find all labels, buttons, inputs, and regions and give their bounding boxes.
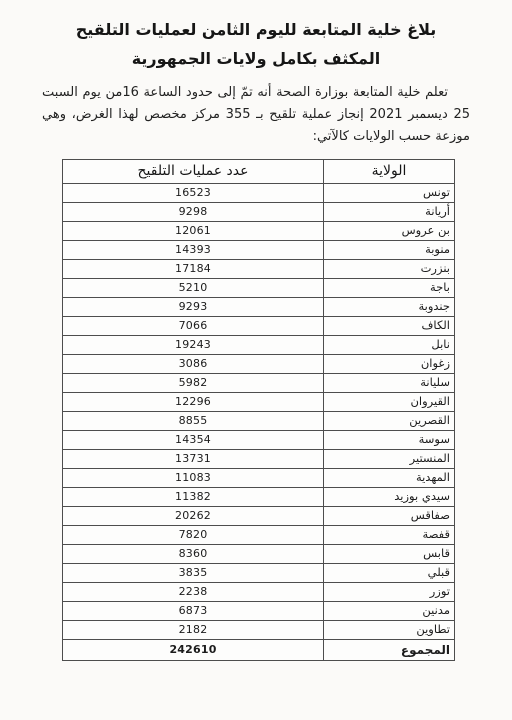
table-row: الكاف7066 [63, 316, 455, 335]
vaccination-count-cell: 3835 [63, 563, 324, 582]
table-row: المنستير13731 [63, 449, 455, 468]
vaccination-count-cell: 12296 [63, 392, 324, 411]
governorate-cell: نابل [324, 335, 455, 354]
vaccination-count-cell: 20262 [63, 506, 324, 525]
count-column-header: عدد عمليات التلقيح [63, 159, 324, 183]
table-row: سليانة5982 [63, 373, 455, 392]
governorate-cell: قبلي [324, 563, 455, 582]
governorate-cell: توزر [324, 582, 455, 601]
governorate-cell: زغوان [324, 354, 455, 373]
governorate-column-header: الولاية [324, 159, 455, 183]
vaccination-table: الولاية عدد عمليات التلقيح تونس16523أريا… [62, 159, 455, 661]
vaccination-count-cell: 14354 [63, 430, 324, 449]
table-row: صفاقس20262 [63, 506, 455, 525]
governorate-cell: الكاف [324, 316, 455, 335]
table-row: بن عروس12061 [63, 221, 455, 240]
total-row: المجموع 242610 [63, 639, 455, 660]
table-row: تونس16523 [63, 183, 455, 202]
table-row: تطاوين2182 [63, 620, 455, 639]
table-header-row: الولاية عدد عمليات التلقيح [63, 159, 455, 183]
vaccination-count-cell: 17184 [63, 259, 324, 278]
table-row: أريانة9298 [63, 202, 455, 221]
table-row: قفصة7820 [63, 525, 455, 544]
governorate-cell: بنزرت [324, 259, 455, 278]
vaccination-count-cell: 19243 [63, 335, 324, 354]
vaccination-count-cell: 5982 [63, 373, 324, 392]
total-label-cell: المجموع [324, 639, 455, 660]
table-row: القصرين8855 [63, 411, 455, 430]
governorate-cell: تونس [324, 183, 455, 202]
table-row: سوسة14354 [63, 430, 455, 449]
vaccination-count-cell: 3086 [63, 354, 324, 373]
vaccination-count-cell: 7820 [63, 525, 324, 544]
table-row: بنزرت17184 [63, 259, 455, 278]
table-row: نابل19243 [63, 335, 455, 354]
governorate-cell: أريانة [324, 202, 455, 221]
governorate-cell: القصرين [324, 411, 455, 430]
table-row: المهدية11083 [63, 468, 455, 487]
governorate-cell: قفصة [324, 525, 455, 544]
table-row: قبلي3835 [63, 563, 455, 582]
vaccination-count-cell: 9298 [63, 202, 324, 221]
table-row: قابس8360 [63, 544, 455, 563]
table-row: منوبة14393 [63, 240, 455, 259]
vaccination-count-cell: 14393 [63, 240, 324, 259]
vaccination-count-cell: 8855 [63, 411, 324, 430]
governorate-cell: جندوبة [324, 297, 455, 316]
vaccination-count-cell: 2182 [63, 620, 324, 639]
governorate-cell: صفاقس [324, 506, 455, 525]
vaccination-count-cell: 9293 [63, 297, 324, 316]
vaccination-count-cell: 8360 [63, 544, 324, 563]
table-row: جندوبة9293 [63, 297, 455, 316]
table-row: باجة5210 [63, 278, 455, 297]
governorate-cell: القيروان [324, 392, 455, 411]
total-count-cell: 242610 [63, 639, 324, 660]
vaccination-count-cell: 16523 [63, 183, 324, 202]
vaccination-count-cell: 6873 [63, 601, 324, 620]
table-row: القيروان12296 [63, 392, 455, 411]
governorate-cell: قابس [324, 544, 455, 563]
vaccination-count-cell: 7066 [63, 316, 324, 335]
governorate-cell: تطاوين [324, 620, 455, 639]
vaccination-count-cell: 12061 [63, 221, 324, 240]
table-row: توزر2238 [63, 582, 455, 601]
governorate-cell: سيدي بوزيد [324, 487, 455, 506]
vaccination-count-cell: 11083 [63, 468, 324, 487]
intro-paragraph: تعلم خلية المتابعة بوزارة الصحة أنه تمّ … [42, 82, 470, 149]
vaccination-count-cell: 2238 [63, 582, 324, 601]
governorate-cell: سليانة [324, 373, 455, 392]
vaccination-count-cell: 5210 [63, 278, 324, 297]
governorate-cell: سوسة [324, 430, 455, 449]
vaccination-count-cell: 13731 [63, 449, 324, 468]
governorate-cell: باجة [324, 278, 455, 297]
vaccination-count-cell: 11382 [63, 487, 324, 506]
governorate-cell: المهدية [324, 468, 455, 487]
governorate-cell: المنستير [324, 449, 455, 468]
governorate-cell: مدنين [324, 601, 455, 620]
table-body: تونس16523أريانة9298بن عروس12061منوبة1439… [63, 183, 455, 639]
governorate-cell: منوبة [324, 240, 455, 259]
table-row: سيدي بوزيد11382 [63, 487, 455, 506]
table-row: مدنين6873 [63, 601, 455, 620]
table-row: زغوان3086 [63, 354, 455, 373]
document-title: بلاغ خلية المتابعة لليوم الثامن لعمليات … [56, 16, 456, 74]
governorate-cell: بن عروس [324, 221, 455, 240]
document-page: بلاغ خلية المتابعة لليوم الثامن لعمليات … [0, 0, 512, 720]
